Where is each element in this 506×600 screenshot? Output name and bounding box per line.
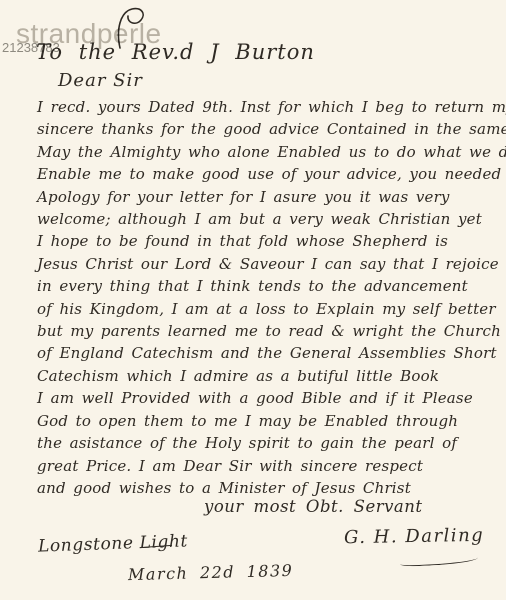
- letter-line: Catechism which I admire as a butiful li…: [37, 365, 477, 387]
- letter-line: of England Catechism and the General Ass…: [37, 342, 477, 364]
- letter-line: Apology for your letter for I asure you …: [37, 186, 477, 208]
- letter-line: great Price. I am Dear Sir with sincere …: [37, 455, 477, 477]
- letter-line: in every thing that I think tends to the…: [37, 275, 477, 297]
- signature-flourish-stroke: [400, 554, 478, 567]
- letter-date: March 22d 1839: [128, 561, 294, 584]
- letter-line: the asistance of the Holy spirit to gain…: [37, 432, 477, 454]
- letter-line: May the Almighty who alone Enabled us to…: [37, 141, 477, 163]
- letter-scan-page: strandperle 21238783 To the Rev.d J Burt…: [0, 0, 506, 600]
- letter-line: welcome; although I am but a very weak C…: [37, 208, 477, 230]
- letter-line: and good wishes to a Minister of Jesus C…: [37, 477, 477, 499]
- letter-body: I recd. yours Dated 9th. Inst for which …: [37, 96, 477, 499]
- letter-line: sincere thanks for the good advice Conta…: [37, 118, 477, 140]
- watermark-number: 21238783: [2, 40, 60, 55]
- letter-line: Jesus Christ our Lord & Saveour I can sa…: [37, 253, 477, 275]
- letter-salutation: Dear Sir: [58, 70, 143, 91]
- letter-line: but my parents learned me to read & wrig…: [37, 320, 477, 342]
- letter-line: I am well Provided with a good Bible and…: [37, 387, 477, 409]
- letter-line: I hope to be found in that fold whose Sh…: [37, 230, 477, 252]
- letter-line: I recd. yours Dated 9th. Inst for which …: [37, 96, 477, 118]
- letter-closing: your most Obt. Servant: [204, 497, 423, 516]
- letter-line: Enable me to make good use of your advic…: [37, 163, 477, 185]
- letter-place: Longstone Light: [38, 531, 189, 556]
- letter-line: of his Kingdom, I am at a loss to Explai…: [37, 298, 477, 320]
- letter-signature: G. H. Darling: [344, 525, 485, 548]
- letter-line: God to open them to me I may be Enabled …: [37, 410, 477, 432]
